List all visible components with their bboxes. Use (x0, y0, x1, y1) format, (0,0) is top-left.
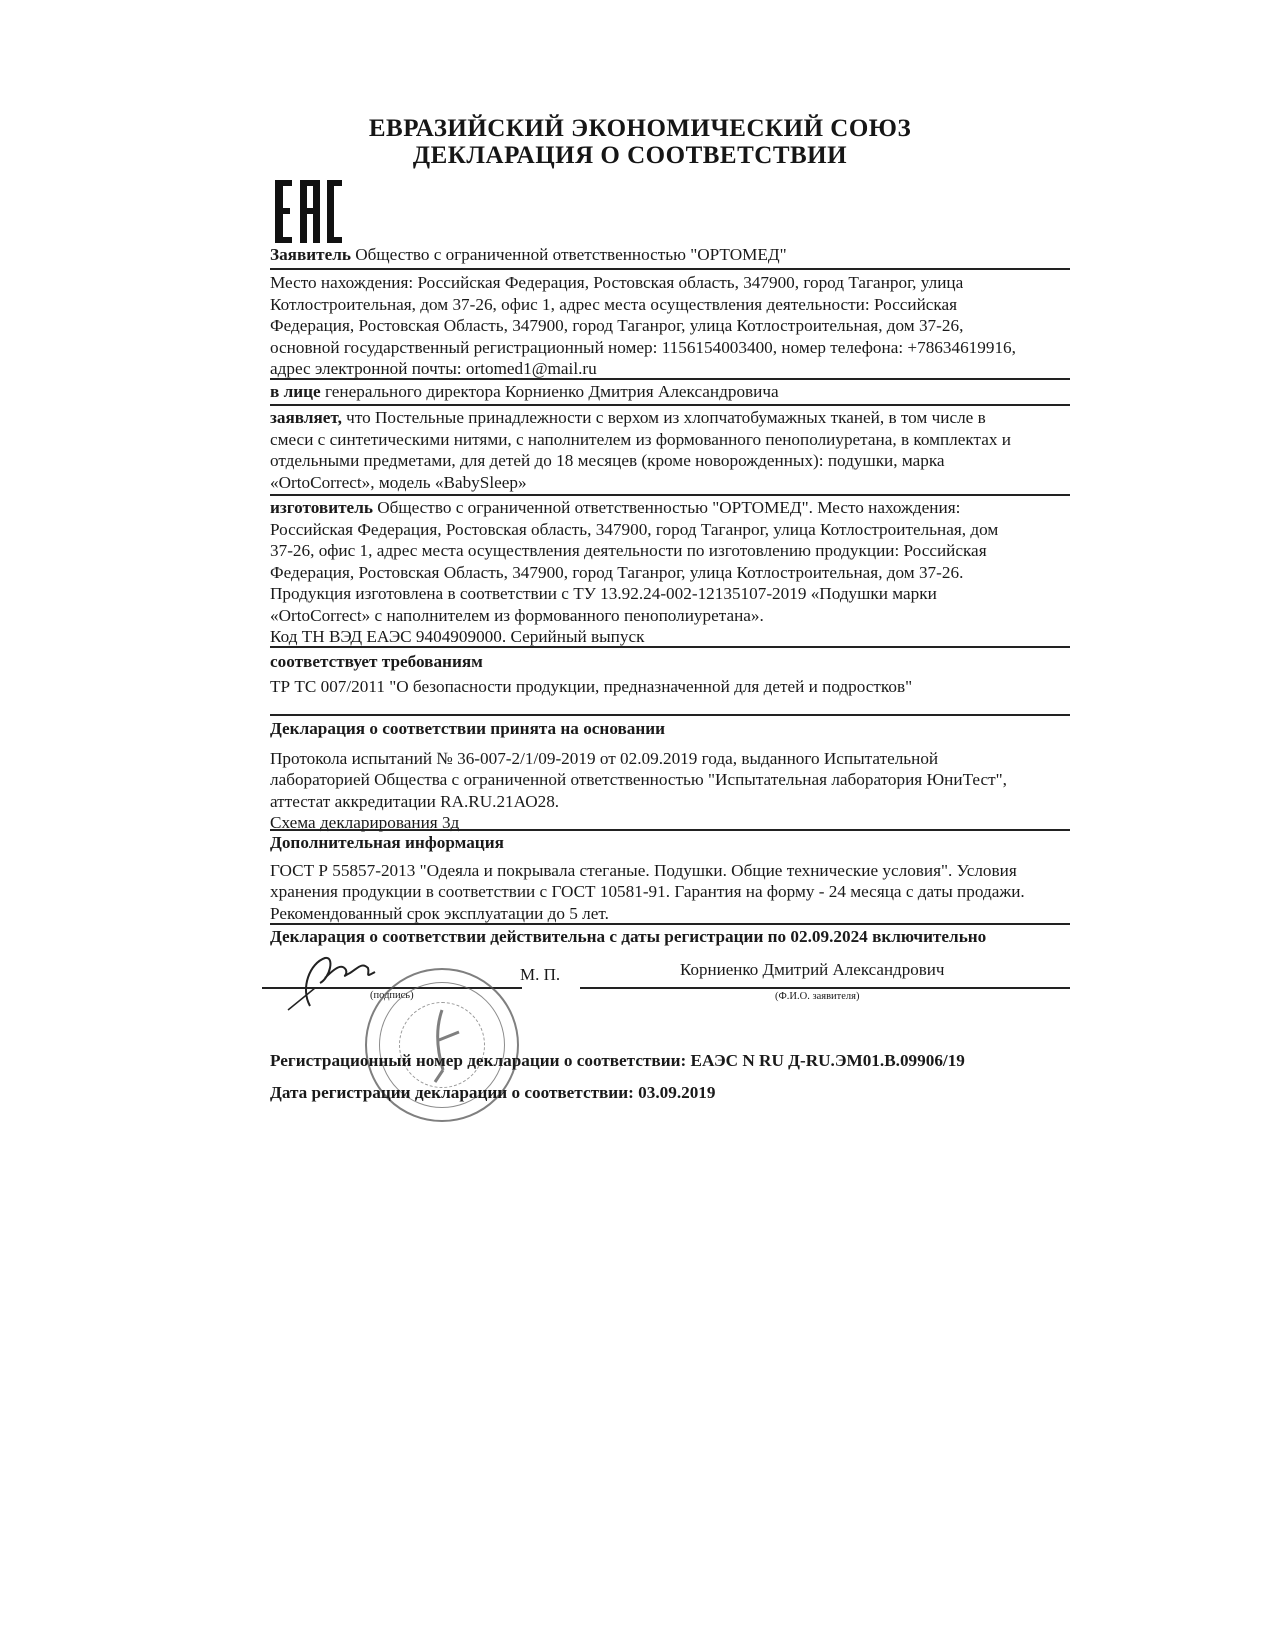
eac-logo-icon (275, 180, 345, 243)
requirements-value: ТР ТС 007/2011 "О безопасности продукции… (270, 676, 1070, 698)
signer-caption: (Ф.И.О. заявителя) (775, 991, 860, 1002)
manufacturer-line: Продукция изготовлена в соответствии с Т… (270, 583, 1070, 605)
basis-line: лабораторией Общества с ограниченной отв… (270, 769, 1070, 791)
divider (270, 923, 1070, 925)
signer-name: Корниенко Дмитрий Александрович (680, 960, 944, 980)
registration-number-line: Регистрационный номер декларации о соотв… (270, 1050, 1070, 1072)
additional-label: Дополнительная информация (270, 832, 1070, 854)
additional-line: ГОСТ Р 55857-2013 "Одеяла и покрывала ст… (270, 860, 1070, 882)
additional-line: Рекомендованный срок эксплуатации до 5 л… (270, 903, 1070, 925)
basis-line: Протокола испытаний № 36-007-2/1/09-2019… (270, 748, 1070, 770)
declares-line: «OrtoCorrect», модель «BabySleep» (270, 472, 1070, 494)
declares-line: что Постельные принадлежности с верхом и… (346, 408, 986, 427)
divider (270, 646, 1070, 648)
basis-block: Декларация о соответствии принята на осн… (270, 718, 1070, 834)
union-heading: ЕВРАЗИЙСКИЙ ЭКОНОМИЧЕСКИЙ СОЮЗ (310, 115, 970, 143)
represented-line: в лице генерального директора Корниенко … (270, 381, 1070, 403)
applicant-value: Общество с ограниченной ответственностью… (355, 245, 786, 264)
manufacturer-label: изготовитель (270, 498, 373, 517)
tn-ved-code: Код ТН ВЭД ЕАЭС 9404909000. Серийный вып… (270, 626, 1070, 648)
manufacturer-line: 37-26, офис 1, адрес места осуществления… (270, 540, 1070, 562)
registration-date-line: Дата регистрации декларации о соответств… (270, 1082, 1070, 1104)
represented-value: генерального директора Корниенко Дмитрия… (325, 382, 779, 401)
divider (270, 829, 1070, 831)
declares-line: отдельными предметами, для детей до 18 м… (270, 450, 1070, 472)
declares-label: заявляет, (270, 408, 342, 427)
declares-line: смеси с синтетическими нитями, с наполни… (270, 429, 1070, 451)
manufacturer-line: «OrtoCorrect» с наполнителем из формован… (270, 605, 1070, 627)
registration-date-label: Дата регистрации декларации о соответств… (270, 1083, 634, 1102)
divider (270, 268, 1070, 270)
location-line: основной государственный регистрационный… (270, 337, 1070, 359)
manufacturer-line: Российская Федерация, Ростовская область… (270, 519, 1070, 541)
declaration-page: ЕВРАЗИЙСКИЙ ЭКОНОМИЧЕСКИЙ СОЮЗ ДЕКЛАРАЦИ… (0, 0, 1275, 1650)
applicant-label: Заявитель (270, 245, 351, 264)
location-line: адрес электронной почты: ortomed1@mail.r… (270, 358, 1070, 380)
divider (270, 494, 1070, 496)
registration-number: ЕАЭС N RU Д-RU.ЭМ01.В.09906/19 (691, 1051, 965, 1070)
location-line: Место нахождения: Российская Федерация, … (270, 272, 1070, 294)
document-title: ДЕКЛАРАЦИЯ О СООТВЕТСТВИИ (300, 142, 960, 170)
applicant-line: Заявитель Общество с ограниченной ответс… (270, 244, 1070, 266)
manufacturer-block: изготовитель Общество с ограниченной отв… (270, 497, 1070, 648)
divider (270, 378, 1070, 380)
basis-label: Декларация о соответствии принята на осн… (270, 718, 1070, 740)
seal-label: М. П. (520, 965, 560, 985)
declares-block: заявляет, что Постельные принадлежности … (270, 407, 1070, 493)
location-line: Федерация, Ростовская Область, 347900, г… (270, 315, 1070, 337)
manufacturer-line: Федерация, Ростовская Область, 347900, г… (270, 562, 1070, 584)
divider (270, 404, 1070, 406)
represented-label: в лице (270, 382, 321, 401)
validity-statement: Декларация о соответствии действительна … (270, 926, 1070, 948)
basis-line: аттестат аккредитации RA.RU.21АО28. (270, 791, 1070, 813)
requirements-label: соответствует требованиям (270, 651, 1070, 673)
location-block: Место нахождения: Российская Федерация, … (270, 272, 1070, 380)
manufacturer-line: Общество с ограниченной ответственностью… (377, 498, 960, 517)
additional-line: хранения продукции в соответствии с ГОСТ… (270, 881, 1070, 903)
requirements-block: соответствует требованиям ТР ТС 007/2011… (270, 651, 1070, 697)
registration-number-label: Регистрационный номер декларации о соотв… (270, 1051, 686, 1070)
additional-block: Дополнительная информация ГОСТ Р 55857-2… (270, 832, 1070, 924)
divider (270, 714, 1070, 716)
signer-line (580, 987, 1070, 989)
registration-date: 03.09.2019 (638, 1083, 715, 1102)
location-line: Котлостроительная, дом 37-26, офис 1, ад… (270, 294, 1070, 316)
